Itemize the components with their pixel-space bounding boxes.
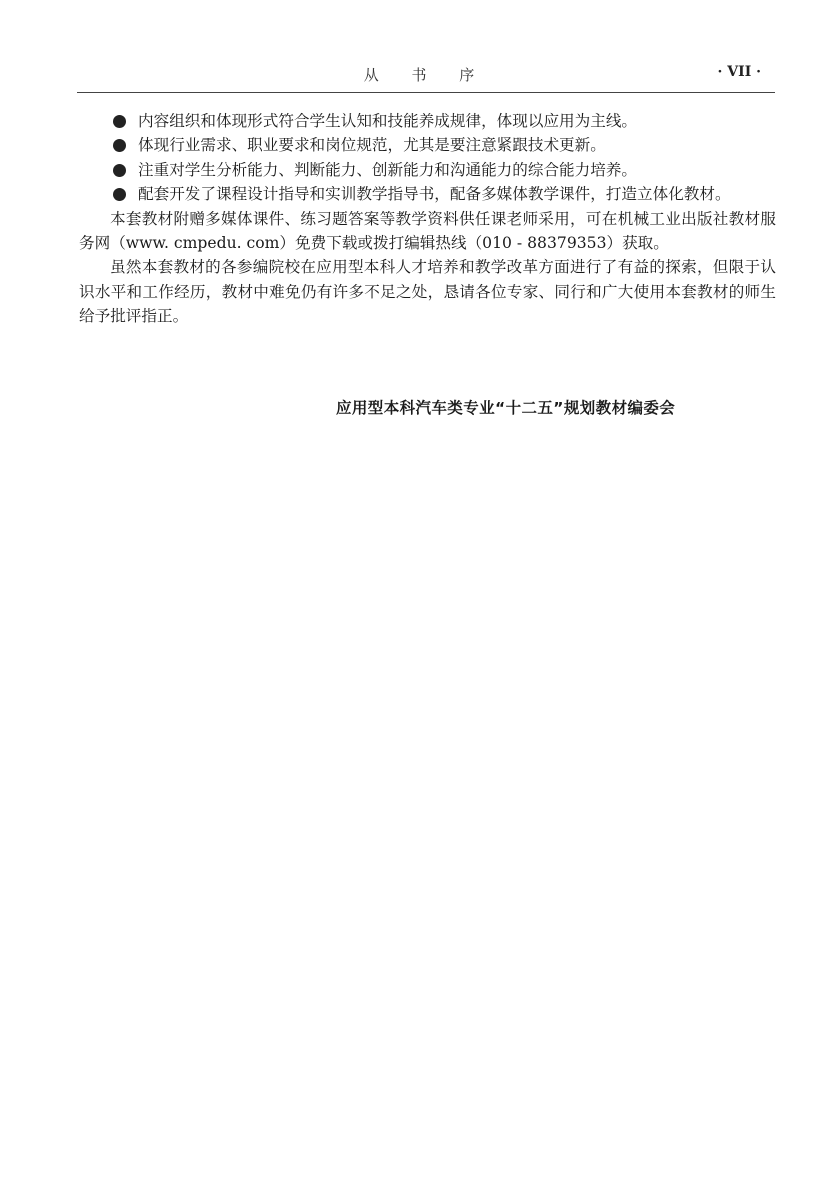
bullet-icon [113,188,126,201]
bullet-icon [113,115,126,128]
running-header: 从 书 序 · VII · [77,58,775,92]
bullet-item: 内容组织和体现形式符合学生认知和技能养成规律，体现以应用为主线。 [100,109,776,133]
signature: 应用型本科汽车类专业“十二五”规划教材编委会 [336,396,675,418]
bullet-icon [113,139,126,152]
bullet-text: 注重对学生分析能力、判断能力、创新能力和沟通能力的综合能力培养。 [138,158,776,182]
header-rule [77,92,775,93]
bullet-item: 配套开发了课程设计指导和实训教学指导书，配备多媒体教学课件，打造立体化教材。 [100,182,776,206]
paragraph-acknowledgement: 虽然本套教材的各参编院校在应用型本科人才培养和教学改革方面进行了有益的探索，但限… [79,255,776,328]
bullet-icon [113,164,126,177]
bullet-text: 体现行业需求、职业要求和岗位规范，尤其是要注意紧跟技术更新。 [138,133,776,157]
header-title: 从 书 序 [77,64,775,85]
page-number: · VII · [718,64,761,80]
bullet-item: 体现行业需求、职业要求和岗位规范，尤其是要注意紧跟技术更新。 [100,133,776,157]
body-text: 内容组织和体现形式符合学生认知和技能养成规律，体现以应用为主线。 体现行业需求、… [100,109,776,329]
bullet-item: 注重对学生分析能力、判断能力、创新能力和沟通能力的综合能力培养。 [100,158,776,182]
document-page: 从 书 序 · VII · 内容组织和体现形式符合学生认知和技能养成规律，体现以… [0,0,838,1181]
bullet-text: 配套开发了课程设计指导和实训教学指导书，配备多媒体教学课件，打造立体化教材。 [138,182,776,206]
paragraph-materials: 本套教材附赠多媒体课件、练习题答案等教学资料供任课老师采用，可在机械工业出版社教… [79,207,776,256]
bullet-text: 内容组织和体现形式符合学生认知和技能养成规律，体现以应用为主线。 [138,109,776,133]
